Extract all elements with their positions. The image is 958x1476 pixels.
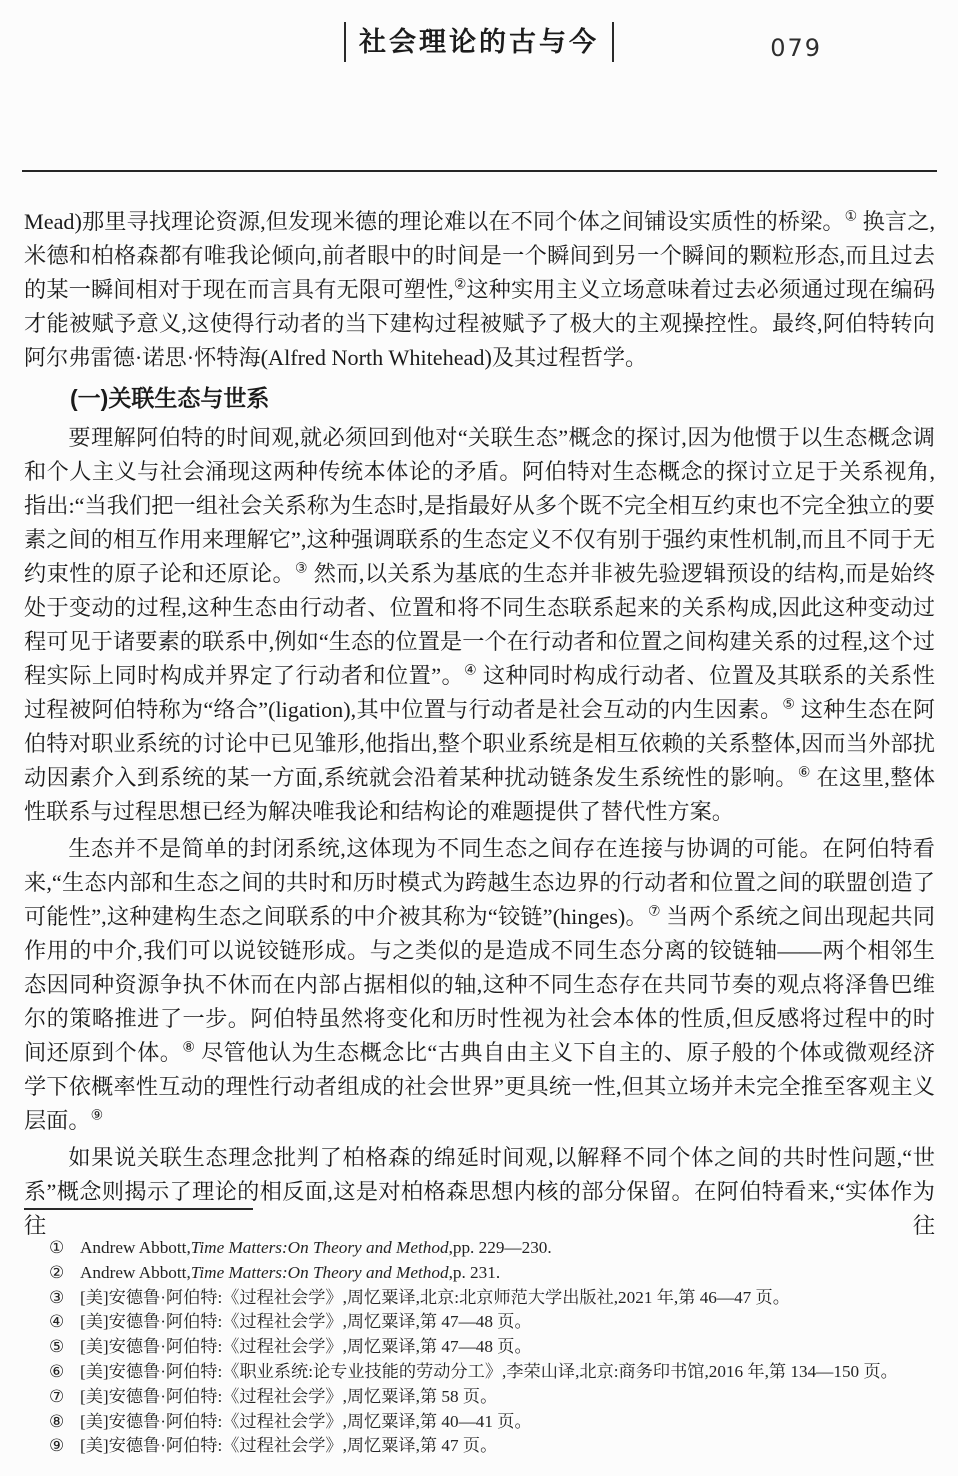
text-run: Andrew Abbott, xyxy=(80,1238,191,1257)
text-run: Andrew Abbott, xyxy=(80,1263,191,1282)
footnote-item: ⑦[美]安德鲁·阿伯特:《过程社会学》,周忆粟译,第 58 页。 xyxy=(24,1385,936,1410)
paragraph-linked-ecology: 要理解阿伯特的时间观,就必须回到他对“关联生态”概念的探讨,因为他惯于以生态概念… xyxy=(24,421,935,829)
footnote-text: [美]安德鲁·阿伯特:《过程社会学》,周忆粟译,第 47 页。 xyxy=(80,1434,936,1459)
footnote-ref: ⑥ xyxy=(798,765,811,780)
footnote-marker: ⑧ xyxy=(49,1410,80,1435)
footnote-text: [美]安德鲁·阿伯特:《过程社会学》,周忆粟译,第 40—41 页。 xyxy=(80,1410,936,1435)
footnote-ref: ① xyxy=(845,209,857,224)
footnote-item: ⑤[美]安德鲁·阿伯特:《过程社会学》,周忆粟译,第 47—48 页。 xyxy=(24,1335,936,1360)
footnote-marker: ⑨ xyxy=(49,1434,80,1459)
footnote-ref: ⑦ xyxy=(648,904,661,919)
footnote-text: [美]安德鲁·阿伯特:《过程社会学》,周忆粟译,第 47—48 页。 xyxy=(80,1335,936,1360)
footnote-text: Andrew Abbott,Time Matters:On Theory and… xyxy=(80,1236,936,1261)
footnote-ref: ④ xyxy=(464,663,477,678)
text-run: (一)关联生态与世系 xyxy=(70,385,269,411)
text-run: Time Matters:On Theory and Method xyxy=(191,1238,449,1257)
footnote-marker: ⑥ xyxy=(49,1360,80,1385)
page-number: 079 xyxy=(770,34,822,62)
text-run: [美]安德鲁·阿伯特:《过程社会学》,周忆粟译,第 47—48 页。 xyxy=(80,1337,532,1356)
footnote-marker: ⑦ xyxy=(49,1385,80,1410)
footnote-item: ④[美]安德鲁·阿伯特:《过程社会学》,周忆粟译,第 47—48 页。 xyxy=(24,1310,936,1335)
body-text: Mead)那里寻找理论资源,但发现米德的理论难以在不同个体之间铺设实质性的桥梁。… xyxy=(24,205,935,1246)
footnote-marker: ③ xyxy=(49,1286,80,1311)
footnote-marker: ① xyxy=(49,1236,80,1261)
footnote-marker: ② xyxy=(49,1261,80,1286)
footnote-ref: ⑧ xyxy=(182,1040,195,1055)
text-run: [美]安德鲁·阿伯特:《过程社会学》,周忆粟译,北京:北京师范大学出版社,202… xyxy=(80,1288,790,1307)
footnote-text: [美]安德鲁·阿伯特:《过程社会学》,周忆粟译,北京:北京师范大学出版社,202… xyxy=(80,1286,936,1311)
text-run: ,pp. 229—230. xyxy=(449,1238,552,1257)
footnote-text: [美]安德鲁·阿伯特:《过程社会学》,周忆粟译,第 58 页。 xyxy=(80,1385,936,1410)
footnote-marker: ④ xyxy=(49,1310,80,1335)
footnote-item: ⑨[美]安德鲁·阿伯特:《过程社会学》,周忆粟译,第 47 页。 xyxy=(24,1434,936,1459)
footnote-text: Andrew Abbott,Time Matters:On Theory and… xyxy=(80,1261,936,1286)
footnote-list: ①Andrew Abbott,Time Matters:On Theory an… xyxy=(24,1236,936,1459)
page-header-title: 社会理论的古与今 xyxy=(344,22,614,62)
text-run: [美]安德鲁·阿伯特:《过程社会学》,周忆粟译,第 47 页。 xyxy=(80,1436,497,1455)
footnote-marker: ⑤ xyxy=(49,1335,80,1360)
footnote-item: ①Andrew Abbott,Time Matters:On Theory an… xyxy=(24,1236,936,1261)
footnote-ref: ② xyxy=(454,277,467,292)
footnotes-section: ①Andrew Abbott,Time Matters:On Theory an… xyxy=(24,1208,936,1459)
scanned-book-page: 社会理论的古与今 079 Mead)那里寻找理论资源,但发现米德的理论难以在不同… xyxy=(0,0,958,1476)
text-run: Time Matters:On Theory and Method xyxy=(191,1263,449,1282)
paragraph-hinges: 生态并不是简单的封闭系统,这体现为不同生态之间存在连接与协调的可能。在阿伯特看来… xyxy=(24,832,935,1138)
text-run: [美]安德鲁·阿伯特:《过程社会学》,周忆粟译,第 40—41 页。 xyxy=(80,1412,532,1431)
header-rule xyxy=(22,170,937,172)
text-run: ,p. 231. xyxy=(449,1263,501,1282)
text-run: Mead)那里寻找理论资源,但发现米德的理论难以在不同个体之间铺设实质性的桥梁。 xyxy=(24,209,845,234)
footnote-text: [美]安德鲁·阿伯特:《职业系统:论专业技能的劳动分工》,李荣山译,北京:商务印… xyxy=(80,1360,936,1385)
footnote-text: [美]安德鲁·阿伯特:《过程社会学》,周忆粟译,第 47—48 页。 xyxy=(80,1310,936,1335)
footnote-item: ②Andrew Abbott,Time Matters:On Theory an… xyxy=(24,1261,936,1286)
paragraph-continuation: Mead)那里寻找理论资源,但发现米德的理论难以在不同个体之间铺设实质性的桥梁。… xyxy=(24,205,935,375)
footnote-divider xyxy=(24,1208,253,1210)
footnote-ref: ⑨ xyxy=(91,1108,103,1123)
footnote-item: ⑥[美]安德鲁·阿伯特:《职业系统:论专业技能的劳动分工》,李荣山译,北京:商务… xyxy=(24,1360,936,1385)
section-heading: (一)关联生态与世系 xyxy=(24,381,935,415)
footnote-item: ⑧[美]安德鲁·阿伯特:《过程社会学》,周忆粟译,第 40—41 页。 xyxy=(24,1410,936,1435)
text-run: [美]安德鲁·阿伯特:《过程社会学》,周忆粟译,第 47—48 页。 xyxy=(80,1312,532,1331)
text-run: [美]安德鲁·阿伯特:《过程社会学》,周忆粟译,第 58 页。 xyxy=(80,1387,497,1406)
footnote-ref: ③ xyxy=(295,561,308,576)
footnote-ref: ⑤ xyxy=(782,697,795,712)
footnote-item: ③[美]安德鲁·阿伯特:《过程社会学》,周忆粟译,北京:北京师范大学出版社,20… xyxy=(24,1286,936,1311)
text-run: [美]安德鲁·阿伯特:《职业系统:论专业技能的劳动分工》,李荣山译,北京:商务印… xyxy=(80,1362,898,1381)
